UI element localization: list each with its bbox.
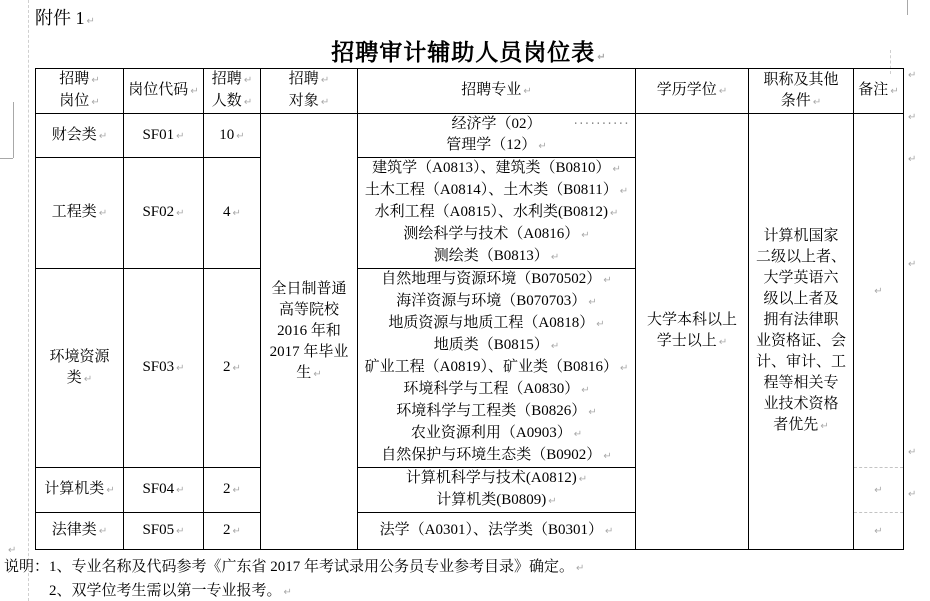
cell-majors: 建筑学（A0813）、建筑类（B0810）土木工程（A0814）、土木类（B08… <box>358 158 636 269</box>
text-line: 农业资源利用（A0903） <box>360 423 633 445</box>
text-line: 测绘科学与技术（A0816） <box>360 224 633 246</box>
cell-majors: 自然地理与资源环境（B070502）海洋资源与环境（B070703）地质资源与地… <box>358 269 636 468</box>
text-line: 招聘 <box>263 69 355 91</box>
cell-code: SF04 <box>124 468 204 513</box>
text-line: 经济学（02） <box>360 114 633 135</box>
cell-code: SF03 <box>124 269 204 468</box>
text-line: 计算机类 <box>38 479 121 501</box>
cell-degree-merged: 大学本科以上学士以上 <box>636 114 749 550</box>
header-count: 招聘人数 <box>204 69 261 114</box>
header-code: 岗位代码 <box>124 69 204 114</box>
text-line: 大学英语六 <box>751 268 851 289</box>
document-page: 附件 1 招聘审计辅助人员岗位表 招聘岗位 岗位代码 招聘人数 招聘对象 招聘专… <box>0 0 930 601</box>
text-line: 条件 <box>751 91 851 113</box>
text-line: 海洋资源与环境（B070703） <box>360 291 633 313</box>
text-line: 业资格证、会 <box>751 331 851 352</box>
empty-paragraph-mark <box>874 282 882 298</box>
end-of-row-mark: ↵ <box>908 112 916 123</box>
count-text: 4 <box>223 204 241 220</box>
cell-position: 财会类 <box>36 114 124 158</box>
note-text: 2、双学位考生需以第一专业报考。 <box>49 583 292 599</box>
page-title-text: 招聘审计辅助人员岗位表 <box>331 40 606 65</box>
text-line: 高等院校 <box>263 300 355 321</box>
text-line: 计算机科学与技术(A0812) <box>360 468 633 490</box>
text-line: 管理学（12） <box>360 135 633 157</box>
code-text: SF05 <box>142 522 184 538</box>
cell-majors: 经济学（02）管理学（12） <box>358 114 636 158</box>
code-text: SF01 <box>142 127 184 143</box>
text-line: 岗位代码 <box>126 80 201 102</box>
position-table: 招聘岗位 岗位代码 招聘人数 招聘对象 招聘专业 学历学位 职称及其他条件 备注… <box>35 68 904 550</box>
text-line: 程等相关专 <box>751 373 851 394</box>
text-boundary-guide-left <box>28 0 29 601</box>
cell-count: 2 <box>204 269 261 468</box>
cell-title-other-merged: 计算机国家二级以上者、大学英语六级以上者及拥有法律职业资格证、会计、审计、工程等… <box>749 114 854 550</box>
empty-paragraph-mark <box>874 481 882 497</box>
text-line: 环境科学与工程类（B0826） <box>360 401 633 423</box>
margin-corner-mark <box>907 0 908 15</box>
cell-target-merged: 全日制普通高等院校2016 年和2017 年毕业生 <box>261 114 358 550</box>
text-line: 学士以上 <box>638 331 746 353</box>
text-line: 2017 年毕业 <box>263 342 355 363</box>
count-text: 10 <box>219 127 244 143</box>
table-row: 财会类 SF01 10 全日制普通高等院校2016 年和2017 年毕业生 经济… <box>36 114 904 158</box>
code-text: SF04 <box>142 481 184 497</box>
note-line-1: 说明：1、专业名称及代码参考《广东省 2017 年考试录用公务员专业参考目录》确… <box>4 556 584 580</box>
cell-remark <box>854 114 904 468</box>
text-line: 生 <box>263 363 355 385</box>
text-line: 地质资源与地质工程（A0818） <box>360 313 633 335</box>
empty-paragraph-mark <box>4 538 584 556</box>
end-of-row-mark: ↵ <box>908 489 916 500</box>
text-line: 地质类（B0815） <box>360 335 633 357</box>
header-title-other: 职称及其他条件 <box>749 69 854 114</box>
notes-section: 说明：1、专业名称及代码参考《广东省 2017 年考试录用公务员专业参考目录》确… <box>4 538 584 601</box>
margin-corner-mark <box>13 102 14 158</box>
text-line: 测绘类（B0813） <box>360 246 633 268</box>
text-line: 招聘专业 <box>360 80 633 102</box>
text-line: 二级以上者、 <box>751 247 851 268</box>
page-title: 招聘审计辅助人员岗位表 <box>35 34 903 67</box>
count-text: 2 <box>223 481 241 497</box>
text-line: 环境资源 <box>38 347 121 368</box>
cell-majors: 计算机科学与技术(A0812)计算机类(B0809) <box>358 468 636 513</box>
text-line: 大学本科以上 <box>638 310 746 331</box>
text-line: 建筑学（A0813）、建筑类（B0810） <box>360 158 633 180</box>
text-line: 学历学位 <box>638 80 746 102</box>
text-line: 备注 <box>856 80 901 102</box>
table-header-row: 招聘岗位 岗位代码 招聘人数 招聘对象 招聘专业 学历学位 职称及其他条件 备注 <box>36 69 904 114</box>
header-position: 招聘岗位 <box>36 69 124 114</box>
text-line: 人数 <box>206 91 258 113</box>
end-of-row-mark: ↵ <box>908 447 916 458</box>
attachment-label-text: 附件 1 <box>35 8 95 28</box>
empty-paragraph-mark <box>874 522 882 538</box>
text-line: 土木工程（A0814）、土木类（B0811） <box>360 180 633 202</box>
code-text: SF02 <box>142 204 184 220</box>
attachment-label: 附件 1 <box>35 4 95 30</box>
text-line: 计算机类(B0809) <box>360 490 633 512</box>
header-remark: 备注 <box>854 69 904 114</box>
text-line: 对象 <box>263 91 355 113</box>
text-line: 计、审计、工 <box>751 352 851 373</box>
note-line-2: 2、双学位考生需以第一专业报考。 <box>4 580 584 601</box>
text-line: 环境科学与工程（A0830） <box>360 379 633 401</box>
text-line: 全日制普通 <box>263 279 355 300</box>
cell-remark <box>854 468 904 513</box>
header-degree: 学历学位 <box>636 69 749 114</box>
cell-position: 环境资源类 <box>36 269 124 468</box>
text-line: 岗位 <box>38 91 121 113</box>
text-line: 业技术资格 <box>751 394 851 415</box>
text-line: 招聘 <box>38 69 121 91</box>
text-line: 拥有法律职 <box>751 310 851 331</box>
end-of-row-mark: ↵ <box>908 70 916 81</box>
text-line: 自然保护与环境生态类（B0902） <box>360 445 633 467</box>
text-line: 自然地理与资源环境（B070502） <box>360 269 633 291</box>
cell-remark <box>854 513 904 550</box>
text-line: 级以上者及 <box>751 289 851 310</box>
text-line: 工程类 <box>38 202 121 224</box>
count-text: 2 <box>223 359 241 375</box>
text-line: 类 <box>38 368 121 390</box>
cell-code: SF02 <box>124 158 204 269</box>
cell-position: 工程类 <box>36 158 124 269</box>
count-text: 2 <box>223 522 241 538</box>
cell-position: 计算机类 <box>36 468 124 513</box>
text-line: 财会类 <box>38 125 121 147</box>
cell-code: SF01 <box>124 114 204 158</box>
end-of-row-mark: ↵ <box>908 154 916 165</box>
end-of-row-mark: ↵ <box>908 259 916 270</box>
code-text: SF03 <box>142 359 184 375</box>
text-line: 招聘 <box>206 69 258 91</box>
margin-corner-mark <box>0 158 13 159</box>
text-line: 计算机国家 <box>751 226 851 247</box>
header-major: 招聘专业 <box>358 69 636 114</box>
text-line: 矿业工程（A0819）、矿业类（B0816） <box>360 357 633 379</box>
text-line: 2016 年和 <box>263 321 355 342</box>
cell-count: 4 <box>204 158 261 269</box>
text-line: 职称及其他 <box>751 70 851 91</box>
cell-count: 10 <box>204 114 261 158</box>
note-text: 说明：1、专业名称及代码参考《广东省 2017 年考试录用公务员专业参考目录》确… <box>4 559 584 575</box>
header-target: 招聘对象 <box>261 69 358 114</box>
text-line: 者优先 <box>751 415 851 437</box>
cell-count: 2 <box>204 468 261 513</box>
text-line: 水利工程（A0815）、水利类(B0812) <box>360 202 633 224</box>
